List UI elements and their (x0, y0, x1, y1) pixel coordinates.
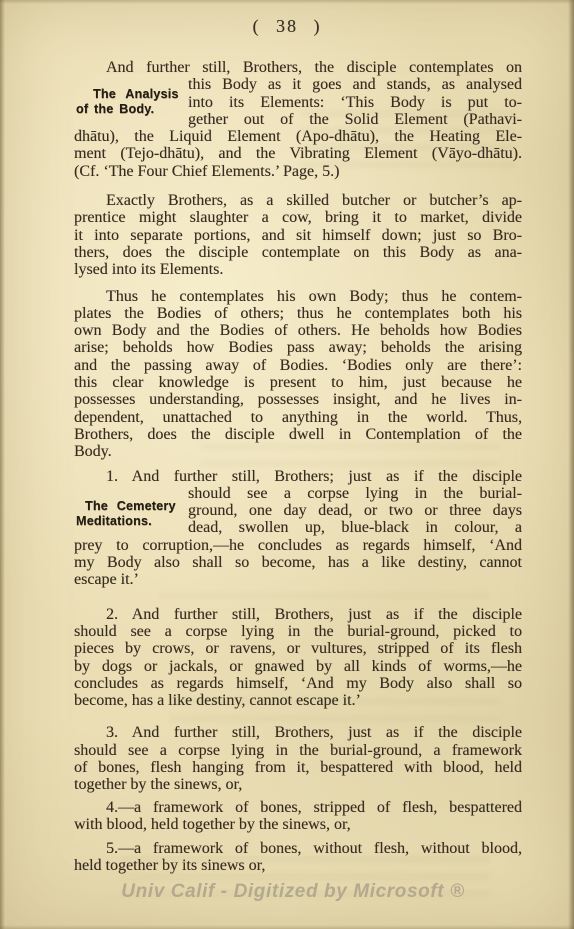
text-line: escape it.’ (74, 571, 522, 588)
text-line: ment (Tejo-dhātu), and the Vibrating Ele… (74, 145, 522, 162)
text-line: lysed into its Elements. (74, 261, 522, 278)
text-line: concludes as regards himself, ‘And my Bo… (74, 675, 522, 692)
text-line: prentice might slaughter a cow, bring it… (74, 209, 522, 226)
paragraph-butcher-simile: Exactly Brothers, as a skilled butcher o… (74, 192, 522, 278)
text-line: held together by its sinews or, (74, 857, 522, 874)
paragraph-contemplation: Thus he contemplates his own Body; thus … (74, 288, 522, 461)
text-line: become, has a like destiny, cannot escap… (74, 692, 522, 709)
text-line: (Cf. ‘The Four Chief Elements.’ Page, 5.… (74, 163, 522, 180)
text-line: Exactly Brothers, as a skilled butcher o… (74, 192, 522, 209)
text-line: gether out of the Solid Element (Pathavi… (74, 111, 522, 128)
text-line: dead, swollen up, blue-black in colour, … (74, 519, 522, 536)
text-line: 2. And further still, Brothers, just as … (74, 606, 522, 623)
text-line: 5.—a framework of bones, without flesh, … (74, 840, 522, 857)
text-line: together by the sinews, or, (74, 776, 522, 793)
paragraph-meditation-2: 2. And further still, Brothers, just as … (74, 606, 522, 710)
text-line: by dogs or jackals, or gnawed by all kin… (74, 658, 522, 675)
page-edge-shadow-left (0, 0, 5, 929)
text-line: of bones, flesh hanging from it, bespatt… (74, 759, 522, 776)
page-edge-shadow-bottom (0, 925, 574, 929)
text-line: should see a corpse lying in the burial-… (74, 623, 522, 640)
text-line: and the passing away of Bodies. ‘Bodies … (74, 357, 522, 374)
paragraph-meditation-4: 4.—a framework of bones, stripped of fle… (74, 799, 522, 834)
text-line: my Body also shall so become, has a like… (74, 554, 522, 571)
text-line: Brothers, does the disciple dwell in Con… (74, 426, 522, 443)
paragraph-meditation-3: 3. And further still, Brothers, just as … (74, 724, 522, 793)
text-line: Thus he contemplates his own Body; thus … (74, 288, 522, 305)
text-line: into its Elements: ‘This Body is put to- (74, 94, 522, 111)
text-line: thers, does the disciple contemplate on … (74, 244, 522, 261)
page-number: ( 38 ) (0, 16, 574, 37)
text-line: plates the Bodies of others; thus he con… (74, 305, 522, 322)
text-line: 4.—a framework of bones, stripped of fle… (74, 799, 522, 816)
paragraph-meditation-5: 5.—a framework of bones, without flesh, … (74, 840, 522, 875)
text-line: possesses understanding, possesses insig… (74, 391, 522, 408)
paragraph-meditation-1: 1. And further still, Brothers; just as … (74, 468, 522, 589)
text-line: with blood, held together by the sinews,… (74, 816, 522, 833)
body-text-block: And further still, Brothers, the discipl… (74, 59, 522, 875)
text-line: prey to corruption,—he concludes as rega… (74, 537, 522, 554)
text-line: Body. (74, 443, 522, 460)
text-line: 3. And further still, Brothers, just as … (74, 724, 522, 741)
text-line: pieces by crows, or ravens, or vultures,… (74, 640, 522, 657)
text-line: this Body as it goes and stands, as anal… (74, 76, 522, 93)
text-line: And further still, Brothers, the discipl… (74, 59, 522, 76)
book-page: ( 38 ) The Analysis of the Body. The Cem… (0, 0, 574, 929)
text-line: dhātu), the Liquid Element (Apo-dhātu), … (74, 128, 522, 145)
text-line: it into separate portions, and sit himse… (74, 227, 522, 244)
text-line: this clear knowledge is present to him, … (74, 374, 522, 391)
digitization-watermark: Univ Calif - Digitized by Microsoft ® (6, 881, 574, 903)
page-edge-shadow-right (568, 0, 574, 929)
paragraph-analysis-intro: And further still, Brothers, the discipl… (74, 59, 522, 180)
text-line: ground, one day dead, or two or three da… (74, 502, 522, 519)
text-line: should see a corpse lying in the burial-… (74, 742, 522, 759)
text-line: dependent, unattached to anything in the… (74, 409, 522, 426)
page-edge-shadow-top (0, 0, 574, 4)
text-line: 1. And further still, Brothers; just as … (74, 468, 522, 485)
text-line: arise; beholds how Bodies pass away; beh… (74, 339, 522, 356)
text-line: should see a corpse lying in the burial- (74, 485, 522, 502)
text-line: own Body and the Bodies of others. He be… (74, 322, 522, 339)
